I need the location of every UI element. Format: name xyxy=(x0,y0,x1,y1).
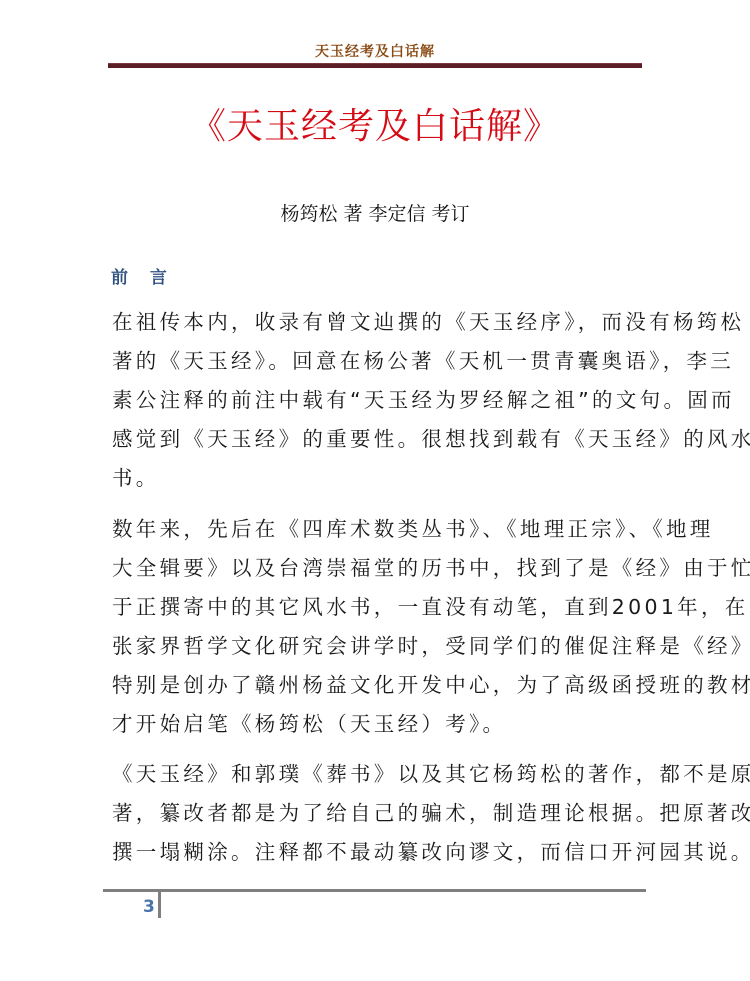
author-line: 杨筠松 著 李定信 考订 xyxy=(0,199,750,226)
paragraph-line: 书。 xyxy=(112,459,652,498)
paragraph-line: 特别是创办了赣州杨益文化开发中心，为了高级函授班的教材， xyxy=(112,666,652,705)
paragraph-1: 在祖传本内，收录有曾文辿撰的《天玉经序》，而没有杨筠松 著的《天玉经》。回意在杨… xyxy=(112,303,652,498)
document-title: 《天玉经考及白话解》 xyxy=(0,98,750,149)
paragraph-line: 感觉到《天玉经》的重要性。很想找到载有《天玉经》的风水 xyxy=(112,420,652,459)
paragraph-line: 于正撰寄中的其它风水书，一直没有动笔，直到2001年，在 xyxy=(112,588,652,627)
running-header-title: 天玉经考及白话解 xyxy=(0,41,750,61)
paragraph-line: 著，纂改者都是为了给自己的骗术，制造理论根据。把原著改 xyxy=(112,794,652,833)
paragraph-2: 数年来，先后在《四库术数类丛书》、《地理正宗》、《地理 大全辑要》以及台湾崇福堂… xyxy=(112,510,652,744)
paragraph-line: 数年来，先后在《四库术数类丛书》、《地理正宗》、《地理 xyxy=(112,510,652,549)
paragraph-line: 素公注释的前注中载有“天玉经为罗经解之祖”的文句。固而 xyxy=(112,381,652,420)
paragraph-line: 大全辑要》以及台湾崇福堂的历书中，找到了是《经》由于忙 xyxy=(112,549,652,588)
paragraph-3: 《天玉经》和郭璞《葬书》以及其它杨筠松的著作，都不是原 著，纂改者都是为了给自己… xyxy=(112,755,652,872)
footer-divider xyxy=(158,889,161,918)
paragraph-line: 在祖传本内，收录有曾文辿撰的《天玉经序》，而没有杨筠松 xyxy=(112,303,652,342)
footer-rule xyxy=(103,889,646,892)
paragraph-line: 张家界哲学文化研究会讲学时，受同学们的催促注释是《经》 xyxy=(112,627,652,666)
paragraph-line: 《天玉经》和郭璞《葬书》以及其它杨筠松的著作，都不是原 xyxy=(112,755,652,794)
paragraph-line: 才开始启笔《杨筠松（天玉经）考》。 xyxy=(112,705,652,744)
section-heading-preface: 前 言 xyxy=(111,263,175,288)
header-rule xyxy=(108,63,642,68)
paragraph-line: 著的《天玉经》。回意在杨公著《天机一贯青囊奥语》，李三 xyxy=(112,342,652,381)
paragraph-line: 撰一塌糊涂。注释都不最动纂改向谬文，而信口开河园其说。 xyxy=(112,833,652,872)
page-number: 3 xyxy=(143,897,155,917)
